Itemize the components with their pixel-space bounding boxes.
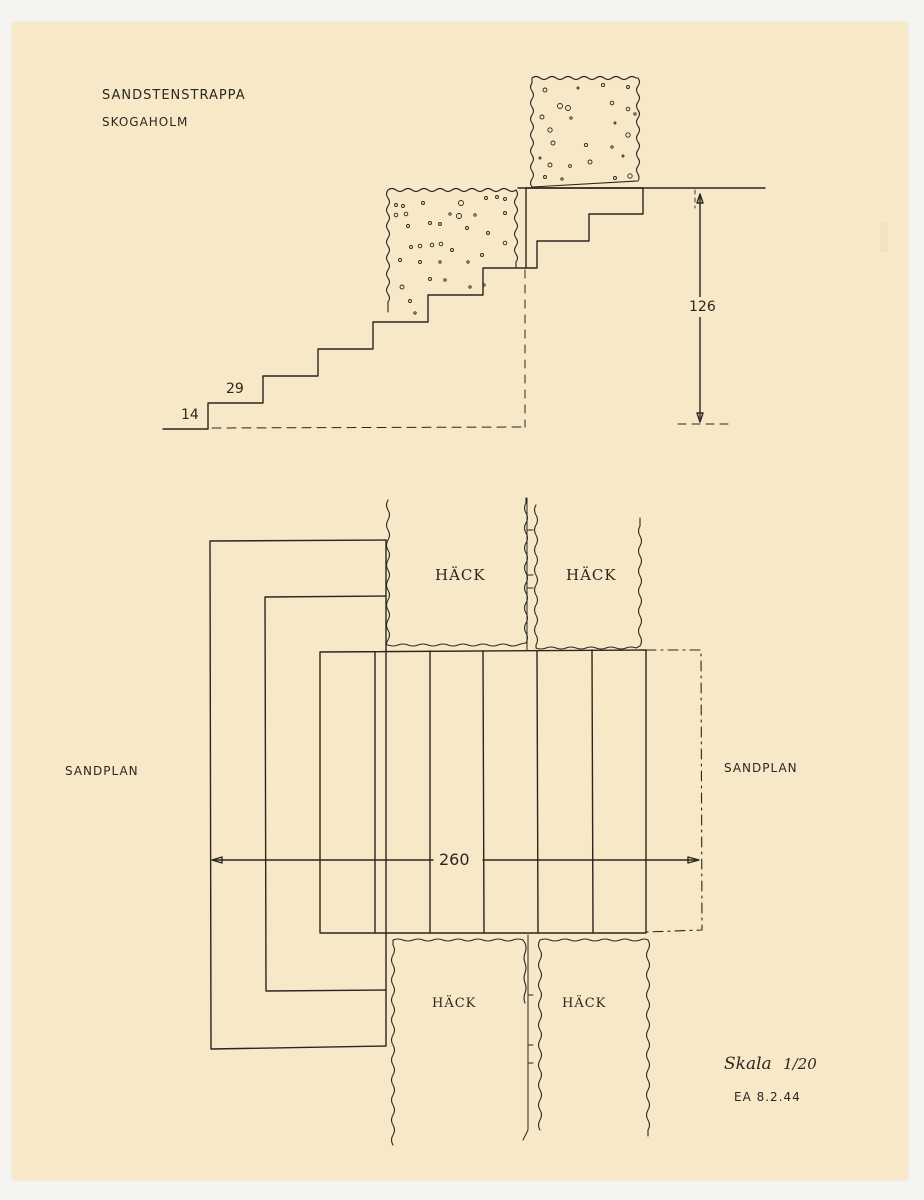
- signature-date: EA 8.2.44: [734, 1090, 801, 1104]
- hedge-label-top-left: HÄCK: [435, 566, 486, 584]
- hedge-block-upper: [531, 77, 640, 188]
- hedge-bottom-left: [392, 939, 527, 1145]
- dimension-width-label: 260: [437, 850, 472, 869]
- drawing-title: SANDSTENSTRAPPA: [102, 88, 246, 103]
- dimension-tread-label: 14: [181, 407, 199, 423]
- sandplan-label-left: SANDPLAN: [65, 764, 139, 778]
- dimension-step-label: 29: [226, 381, 244, 397]
- hedge-bottom-gap-line: [523, 935, 533, 1140]
- dashed-extension: [646, 650, 702, 932]
- hedge-bottom-right: [539, 939, 650, 1136]
- dimension-height-label: 126: [689, 297, 716, 317]
- outer-landing-outline: [210, 540, 386, 1049]
- drawing-subtitle: SKOGAHOLM: [102, 115, 188, 129]
- sandplan-label-right: SANDPLAN: [724, 761, 798, 775]
- hedge-block-lower: [387, 189, 518, 313]
- dashed-ground-line: [212, 427, 525, 428]
- plan-view: [210, 498, 702, 1145]
- scale-label: Skala 1/20: [724, 1054, 817, 1074]
- hedge-label-bottom-left: HÄCK: [432, 996, 476, 1011]
- hedge-top-gap-line: [527, 498, 533, 650]
- section-view: [163, 77, 765, 430]
- inner-landing-outline: [265, 596, 386, 991]
- hedge-label-bottom-right: HÄCK: [562, 996, 606, 1011]
- staircase-profile: [208, 188, 643, 429]
- hedge-label-top-right: HÄCK: [566, 566, 617, 584]
- scale-value: 1/20: [783, 1055, 817, 1073]
- scale-text: Skala: [724, 1054, 772, 1074]
- step-lines: [375, 650, 593, 933]
- technical-drawing: [0, 0, 924, 1200]
